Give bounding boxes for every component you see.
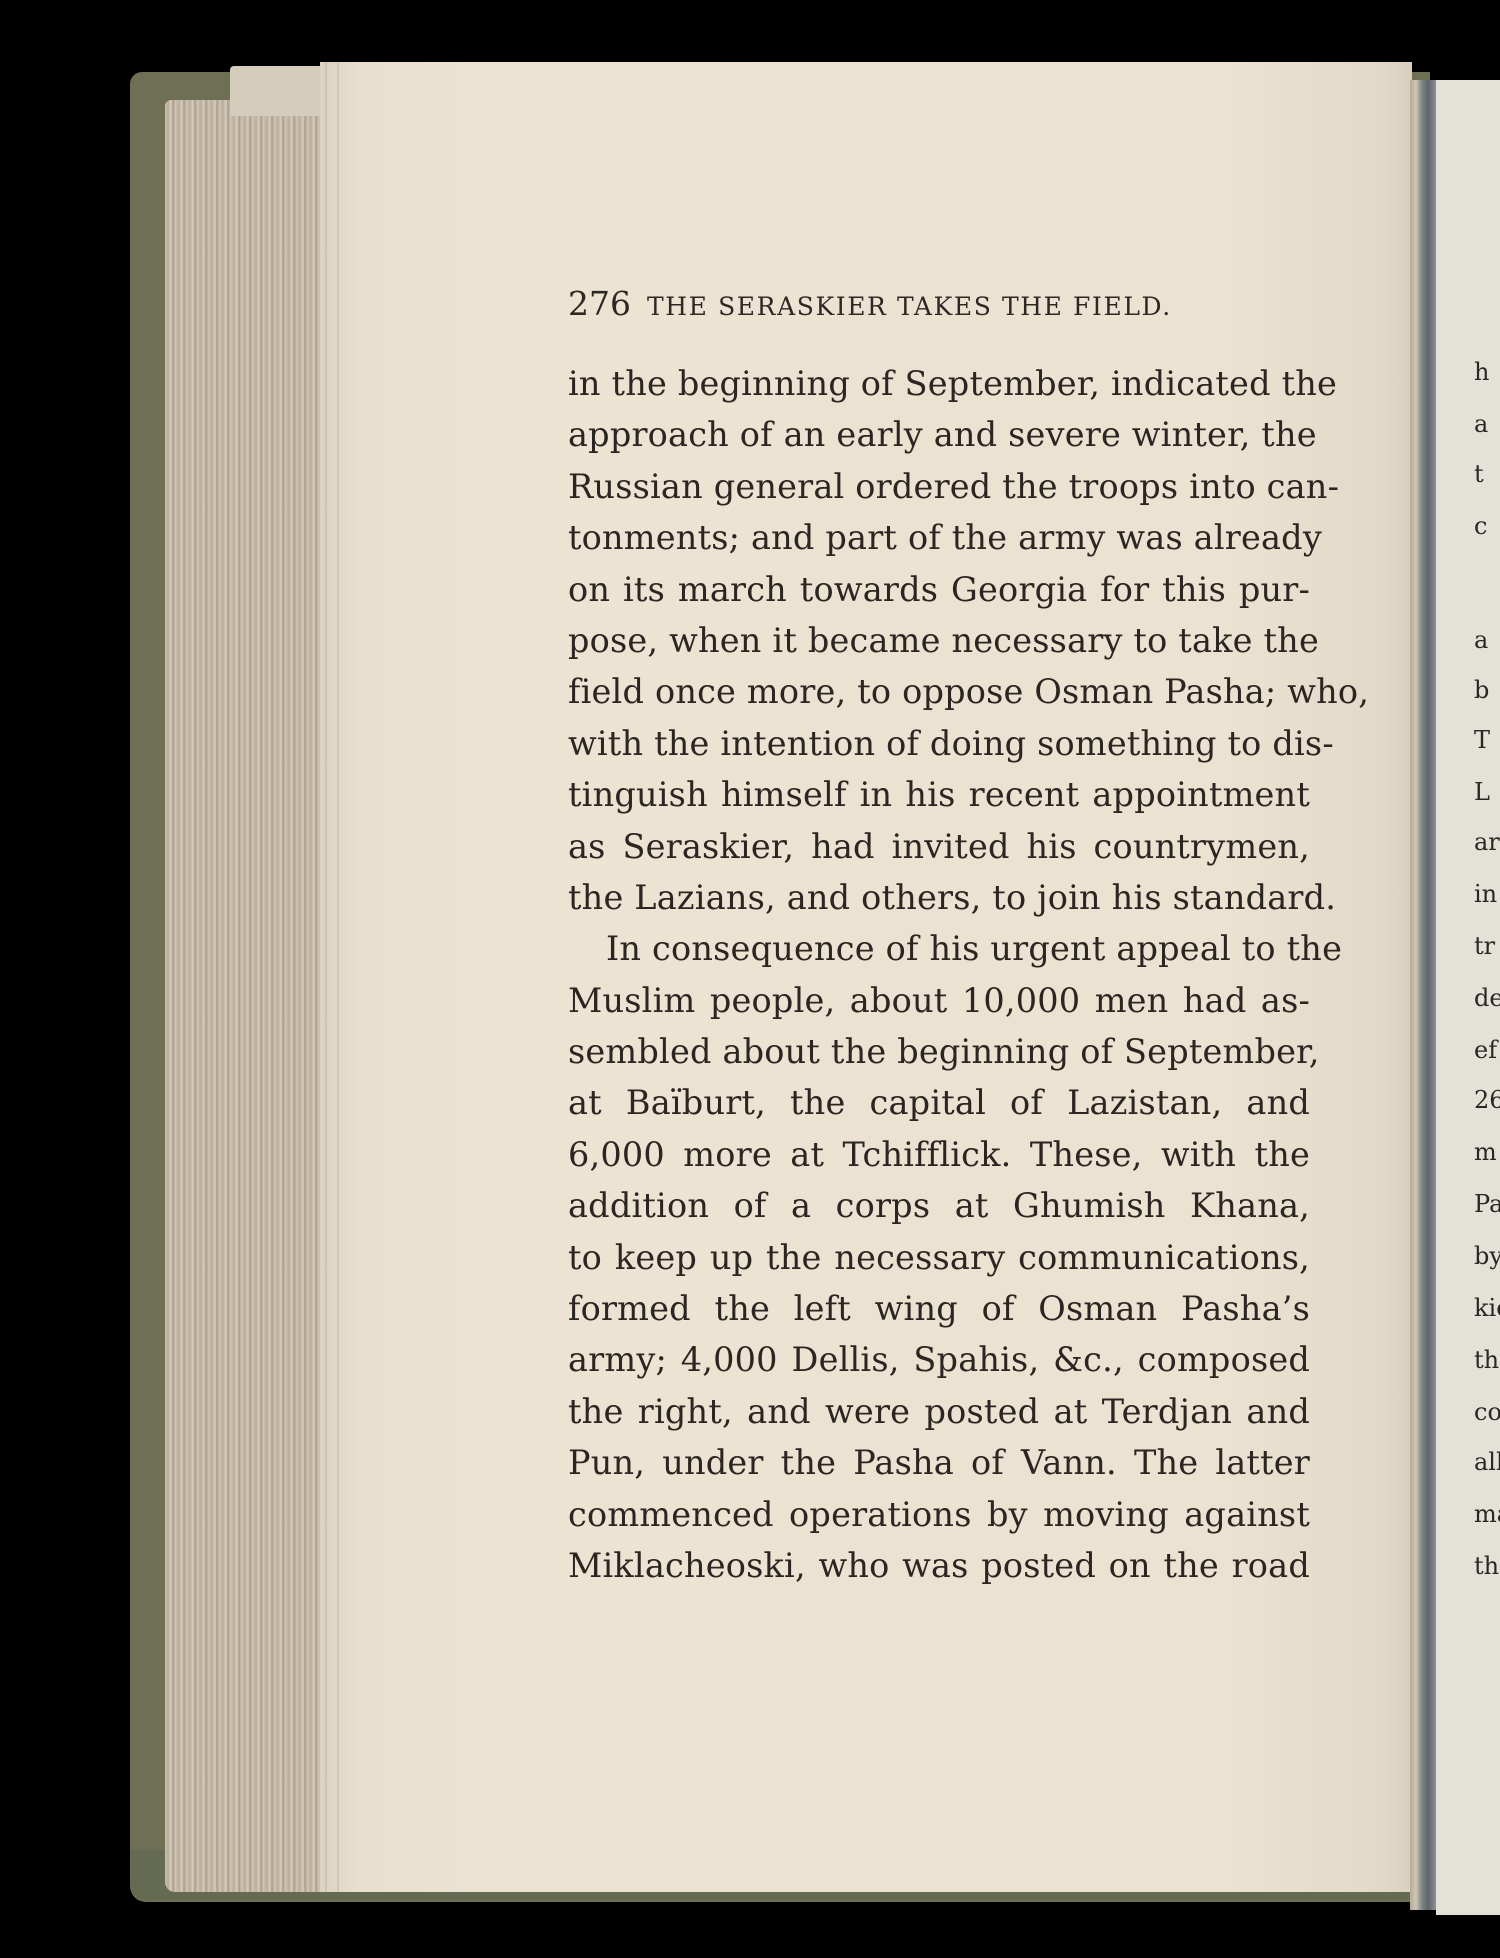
- text-line: on its march towards Georgia for this pu…: [568, 564, 1310, 615]
- page-edge-lines: [320, 62, 348, 1892]
- text-line: with the intention of doing something to…: [568, 718, 1310, 769]
- text-line: at Baïburt, the capital of Lazistan, and: [568, 1077, 1310, 1128]
- text-line: Russian general ordered the troops into …: [568, 461, 1310, 512]
- text-line: field once more, to oppose Osman Pasha; …: [568, 666, 1310, 717]
- text-line: tinguish himself in his recent appointme…: [568, 769, 1310, 820]
- text-line: 6,000 more at Tchifflick. These, with th…: [568, 1129, 1310, 1180]
- text-line: tonments; and part of the army was alrea…: [568, 512, 1310, 563]
- page-stack-edge: [165, 100, 335, 1892]
- text-line: Miklacheoski, who was posted on the road: [568, 1540, 1310, 1591]
- facing-page-text-fragment: T: [1474, 728, 1490, 752]
- text-line: In consequence of his urgent appeal to t…: [568, 923, 1310, 974]
- facing-page-text-fragment: t: [1474, 462, 1484, 486]
- body-text: in the beginning of September, indicated…: [568, 358, 1310, 1591]
- text-line: addition of a corps at Ghumish Khana,: [568, 1180, 1310, 1231]
- chapter-title: THE SERASKIER TAKES THE FIELD.: [647, 292, 1172, 321]
- text-line: to keep up the necessary communications,: [568, 1232, 1310, 1283]
- running-head: 276 THE SERASKIER TAKES THE FIELD.: [568, 284, 1313, 324]
- facing-page-text-fragment: the: [1474, 1554, 1500, 1578]
- text-line: Pun, under the Pasha of Vann. The latter: [568, 1437, 1310, 1488]
- text-line: approach of an early and severe winter, …: [568, 409, 1310, 460]
- facing-page-text-fragment: 26: [1474, 1088, 1500, 1112]
- facing-page-text-fragment: kie: [1474, 1296, 1500, 1320]
- facing-page-text-fragment: a: [1474, 412, 1488, 436]
- facing-page-text-fragment: b: [1474, 678, 1489, 702]
- text-line: formed the left wing of Osman Pasha’s: [568, 1283, 1310, 1334]
- text-line: commenced operations by moving against: [568, 1489, 1310, 1540]
- facing-page-text-fragment: tr: [1474, 934, 1495, 958]
- facing-page-text-fragment: con: [1474, 1400, 1500, 1424]
- facing-page-text-fragment: de: [1474, 986, 1500, 1010]
- facing-page-text-fragment: in: [1474, 882, 1497, 906]
- book-gutter: [1410, 80, 1436, 1910]
- text-line: in the beginning of September, indicated…: [568, 358, 1310, 409]
- facing-page-text-fragment: by: [1474, 1244, 1500, 1268]
- text-line: Muslim people, about 10,000 men had as-: [568, 975, 1310, 1026]
- page-number: 276: [568, 284, 631, 323]
- facing-page-text-fragment: Pa: [1474, 1192, 1500, 1216]
- text-line: as Seraskier, had invited his countrymen…: [568, 821, 1310, 872]
- facing-page-text-fragment: L: [1474, 780, 1490, 804]
- text-line: army; 4,000 Dellis, Spahis, &c., compose…: [568, 1334, 1310, 1385]
- text-line: pose, when it became necessary to take t…: [568, 615, 1310, 666]
- facing-page-text-fragment: ar: [1474, 830, 1500, 854]
- text-line: the Lazians, and others, to join his sta…: [568, 872, 1310, 923]
- facing-page-text-fragment: h: [1474, 360, 1489, 384]
- facing-page-text-fragment: c: [1474, 514, 1487, 538]
- text-line: sembled about the beginning of September…: [568, 1026, 1310, 1077]
- facing-page-text-fragment: a: [1474, 628, 1488, 652]
- facing-page-text-fragment: all: [1474, 1450, 1500, 1474]
- text-line: the right, and were posted at Terdjan an…: [568, 1386, 1310, 1437]
- facing-page-text-fragment: ma: [1474, 1502, 1500, 1526]
- facing-page-text-fragment: the: [1474, 1348, 1500, 1372]
- facing-page-text-fragment: m: [1474, 1140, 1497, 1164]
- facing-page-text-fragment: ef: [1474, 1038, 1497, 1062]
